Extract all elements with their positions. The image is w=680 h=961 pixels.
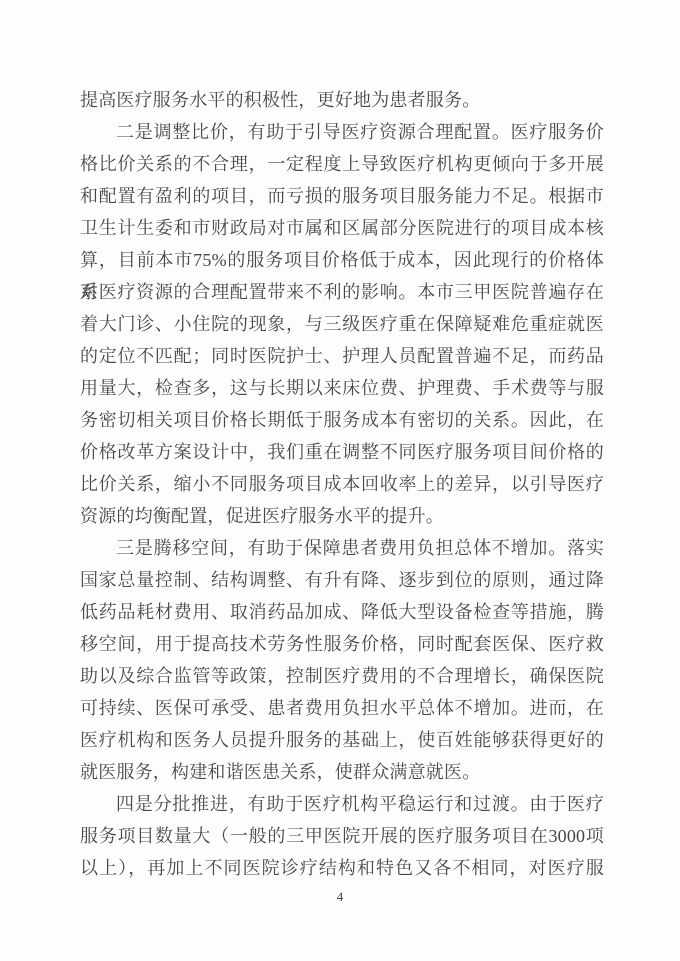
document-body: 提高医疗服务水平的积极性，更好地为患者服务。二是调整比价，有助于引导医疗资源合理…: [80, 84, 604, 884]
text-line: 助以及综合监管等政策，控制医疗费用的不合理增长，确保医院: [80, 660, 604, 692]
text-line: 以上），再加上不同医院诊疗结构和特色又各不相同，对医疗服: [80, 852, 604, 884]
text-line: 四是分批推进，有助于医疗机构平稳运行和过渡。由于医疗: [80, 788, 604, 820]
text-line: 卫生计生委和市财政局对市属和区属部分医院进行的项目成本核: [80, 212, 604, 244]
text-line: 国家总量控制、结构调整、有升有降、逐步到位的原则，通过降: [80, 564, 604, 596]
text-line: 三是腾移空间，有助于保障患者费用负担总体不增加。落实: [80, 532, 604, 564]
text-line: 着大门诊、小住院的现象，与三级医疗重在保障疑难危重症就医: [80, 308, 604, 340]
text-line: 低药品耗材费用、取消药品加成、降低大型设备检查等措施，腾: [80, 596, 604, 628]
text-line: 算，目前本市75%的服务项目价格低于成本，因此现行的价格体系: [80, 244, 604, 276]
text-line: 比价关系，缩小不同服务项目成本回收率上的差异，以引导医疗: [80, 468, 604, 500]
text-line: 提高医疗服务水平的积极性，更好地为患者服务。: [80, 84, 604, 116]
text-line: 用量大，检查多，这与长期以来床位费、护理费、手术费等与服: [80, 372, 604, 404]
text-line: 移空间，用于提高技术劳务性服务价格，同时配套医保、医疗救: [80, 628, 604, 660]
page-number: 4: [0, 889, 680, 905]
text-line: 的定位不匹配；同时医院护士、护理人员配置普遍不足，而药品: [80, 340, 604, 372]
document-page: 提高医疗服务水平的积极性，更好地为患者服务。二是调整比价，有助于引导医疗资源合理…: [0, 0, 680, 961]
text-line: 务密切相关项目价格长期低于服务成本有密切的关系。因此，在: [80, 404, 604, 436]
text-line: 医疗机构和医务人员提升服务的基础上，使百姓能够获得更好的: [80, 724, 604, 756]
text-line: 价格改革方案设计中，我们重在调整不同医疗服务项目间价格的: [80, 436, 604, 468]
text-line: 就医服务，构建和谐医患关系，使群众满意就医。: [80, 756, 604, 788]
text-line: 二是调整比价，有助于引导医疗资源合理配置。医疗服务价: [80, 116, 604, 148]
text-line: 资源的均衡配置，促进医疗服务水平的提升。: [80, 500, 604, 532]
text-line: 对医疗资源的合理配置带来不利的影响。本市三甲医院普遍存在: [80, 276, 604, 308]
text-line: 服务项目数量大（一般的三甲医院开展的医疗服务项目在3000项: [80, 820, 604, 852]
text-line: 格比价关系的不合理，一定程度上导致医疗机构更倾向于多开展: [80, 148, 604, 180]
text-line: 和配置有盈利的项目，而亏损的服务项目服务能力不足。根据市: [80, 180, 604, 212]
text-line: 可持续、医保可承受、患者费用负担水平总体不增加。进而，在: [80, 692, 604, 724]
